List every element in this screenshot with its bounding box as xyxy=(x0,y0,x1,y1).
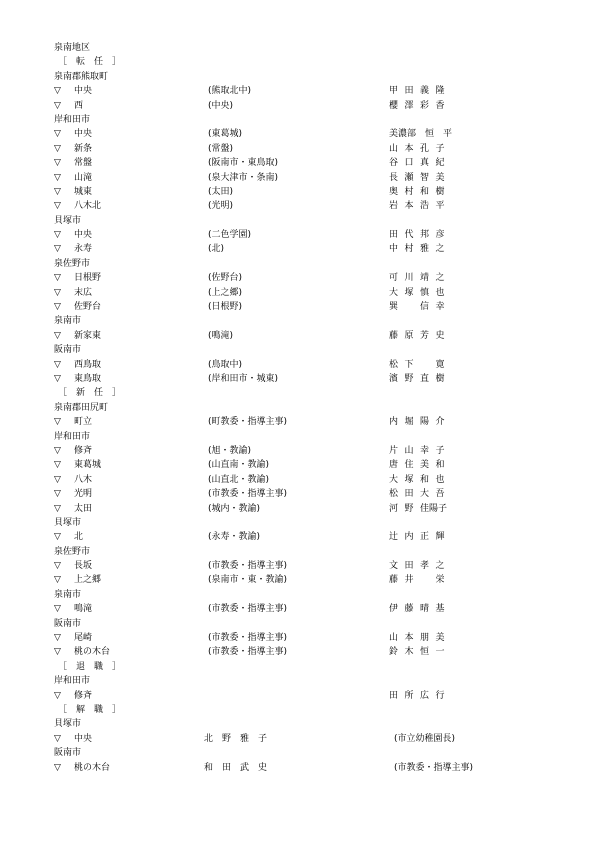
name-char xyxy=(420,573,436,587)
previous-post: (永寿・教諭) xyxy=(208,530,260,544)
name-char: 野 xyxy=(405,372,421,386)
name-char: 田 xyxy=(389,689,405,703)
name-char: 也 xyxy=(436,473,452,487)
name-char: 平 xyxy=(436,199,452,213)
name-char: 片 xyxy=(389,444,405,458)
name-char: 野 xyxy=(405,502,421,516)
name-char: 也 xyxy=(436,286,452,300)
school-name: 新家東 xyxy=(74,329,101,343)
person-name: 甲田義隆 xyxy=(389,84,451,98)
school-name: 東鳥取 xyxy=(74,372,101,386)
name-char: 真 xyxy=(420,156,436,170)
triangle-marker-icon: ▽ xyxy=(54,444,61,458)
name-char: 松 xyxy=(389,358,405,372)
person-name: 伊藤晴基 xyxy=(389,602,451,616)
triangle-marker-icon: ▽ xyxy=(54,142,61,156)
school-name: 城東 xyxy=(74,185,92,199)
name-char: 之 xyxy=(436,242,452,256)
name-char: 美 xyxy=(420,458,436,472)
name-char: 義 xyxy=(420,84,436,98)
name-char: 幸 xyxy=(420,444,436,458)
position-note: (市教委・指導主事) xyxy=(394,761,473,775)
triangle-marker-icon: ▽ xyxy=(54,199,61,213)
name-char: 和 xyxy=(420,473,436,487)
name-char: 松 xyxy=(389,487,405,501)
person-name: 松田大吾 xyxy=(389,487,451,501)
name-char: 塚 xyxy=(405,473,421,487)
name-char: 井 xyxy=(405,573,421,587)
area-name: 岸和田市 xyxy=(54,430,90,444)
person-name: 辻内正輝 xyxy=(389,530,451,544)
school-name: 山滝 xyxy=(74,171,92,185)
name-char: 河 xyxy=(389,502,405,516)
name-char: 所 xyxy=(405,689,421,703)
area-name: 貝塚市 xyxy=(54,717,81,731)
previous-post: (岸和田市・城東) xyxy=(208,372,278,386)
previous-post: (熊取北中) xyxy=(208,84,251,98)
name-characters: 中村雅之 xyxy=(389,242,451,256)
person-name: 巽信幸 xyxy=(389,300,451,314)
name-char: 之 xyxy=(436,559,452,573)
area-name: 阪南市 xyxy=(54,617,81,631)
school-name: 中央 xyxy=(74,228,92,242)
previous-post: (鳴滝) xyxy=(208,329,233,343)
previous-post: (山直北・教諭) xyxy=(208,473,269,487)
school-name: 東葛城 xyxy=(74,458,101,472)
school-name: 修斉 xyxy=(74,444,92,458)
name-characters: 長瀬智美 xyxy=(389,171,451,185)
school-name: 西鳥取 xyxy=(74,358,101,372)
school-name: 北 xyxy=(74,530,83,544)
previous-post: (中央) xyxy=(208,99,233,113)
area-name: 貝塚市 xyxy=(54,214,81,228)
person-name: 山本朋美 xyxy=(389,631,451,645)
name-characters: 奥村和樹 xyxy=(389,185,451,199)
previous-post: (城内・教諭) xyxy=(208,502,260,516)
triangle-marker-icon: ▽ xyxy=(54,156,61,170)
previous-post: (市教委・指導主事) xyxy=(208,559,287,573)
section-title: ［ 転 任 ］ xyxy=(58,55,121,69)
name-characters: 大塚慎也 xyxy=(389,286,451,300)
school-name: 新条 xyxy=(74,142,92,156)
name-char: 恒 xyxy=(420,645,436,659)
triangle-marker-icon: ▽ xyxy=(54,761,61,775)
name-char: 本 xyxy=(405,199,421,213)
person-name: 和 田 武 史 xyxy=(204,761,267,775)
name-char: 彩 xyxy=(420,99,436,113)
name-char: 芳 xyxy=(420,329,436,343)
district-title: 泉南地区 xyxy=(54,41,90,55)
person-name: 長瀬智美 xyxy=(389,171,451,185)
name-char: 田 xyxy=(389,228,405,242)
section-title: ［ 解 職 ］ xyxy=(58,703,121,717)
area-name: 泉南市 xyxy=(54,588,81,602)
school-name: 修斉 xyxy=(74,689,92,703)
name-characters: 山本孔子 xyxy=(389,142,451,156)
person-name: 藤原芳史 xyxy=(389,329,451,343)
name-characters: 田代邦彦 xyxy=(389,228,451,242)
triangle-marker-icon: ▽ xyxy=(54,415,61,429)
person-name: 内堀陽介 xyxy=(389,415,451,429)
name-char: 本 xyxy=(405,142,421,156)
area-name: 岸和田市 xyxy=(54,113,90,127)
person-name: 奥村和樹 xyxy=(389,185,451,199)
name-char: 谷 xyxy=(389,156,405,170)
name-char: 樹 xyxy=(436,372,452,386)
name-char: 大 xyxy=(389,473,405,487)
name-char: 邦 xyxy=(420,228,436,242)
name-char: 山 xyxy=(389,142,405,156)
position-note: (市立幼稚園長) xyxy=(394,732,455,746)
name-char: 孔 xyxy=(420,142,436,156)
name-char: 孝 xyxy=(420,559,436,573)
name-characters: 文田孝之 xyxy=(389,559,451,573)
name-char: 口 xyxy=(405,156,421,170)
name-char: 内 xyxy=(389,415,405,429)
area-name: 泉南郡田尻町 xyxy=(54,401,108,415)
triangle-marker-icon: ▽ xyxy=(54,631,61,645)
school-name: 中央 xyxy=(74,84,92,98)
name-char: 之 xyxy=(436,271,452,285)
previous-post: (市教委・指導主事) xyxy=(208,645,287,659)
name-char: 川 xyxy=(405,271,421,285)
name-characters: 唐住美和 xyxy=(389,458,451,472)
triangle-marker-icon: ▽ xyxy=(54,602,61,616)
previous-post: (東葛城) xyxy=(208,127,242,141)
name-characters: 松田大吾 xyxy=(389,487,451,501)
previous-post: (旭・教諭) xyxy=(208,444,251,458)
name-characters: 可川靖之 xyxy=(389,271,451,285)
previous-post: (市教委・指導主事) xyxy=(208,487,287,501)
school-name: 八木 xyxy=(74,473,92,487)
name-characters: 伊藤晴基 xyxy=(389,602,451,616)
previous-post: (二色学園) xyxy=(208,228,251,242)
triangle-marker-icon: ▽ xyxy=(54,559,61,573)
triangle-marker-icon: ▽ xyxy=(54,329,61,343)
name-characters: 松下寛 xyxy=(389,358,451,372)
person-name: 河野佳陽子 xyxy=(389,502,451,516)
school-name: 中央 xyxy=(74,732,92,746)
name-char: 岩 xyxy=(389,199,405,213)
person-name: 田代邦彦 xyxy=(389,228,451,242)
name-char: 香 xyxy=(436,99,452,113)
name-char: 村 xyxy=(405,242,421,256)
name-characters: 山本朋美 xyxy=(389,631,451,645)
name-char: 藤 xyxy=(405,602,421,616)
name-char: 美 xyxy=(436,171,452,185)
area-name: 泉佐野市 xyxy=(54,257,90,271)
name-char xyxy=(405,300,421,314)
name-char: 大 xyxy=(420,487,436,501)
name-char: 田 xyxy=(405,559,421,573)
name-char: 佳陽子 xyxy=(420,502,436,516)
name-characters: 濱野直樹 xyxy=(389,372,451,386)
name-char: 一 xyxy=(436,645,452,659)
name-char: 智 xyxy=(420,171,436,185)
name-char: 内 xyxy=(405,530,421,544)
name-char: 寛 xyxy=(436,358,452,372)
school-name: 鳴滝 xyxy=(74,602,92,616)
name-char: 朋 xyxy=(420,631,436,645)
name-char: 陽 xyxy=(420,415,436,429)
name-char: 靖 xyxy=(420,271,436,285)
person-name: 鈴木恒一 xyxy=(389,645,451,659)
triangle-marker-icon: ▽ xyxy=(54,84,61,98)
previous-post: (阪南市・東鳥取) xyxy=(208,156,278,170)
name-char: 櫻 xyxy=(389,99,405,113)
school-name: 常盤 xyxy=(74,156,92,170)
name-characters: 藤井栄 xyxy=(389,573,451,587)
school-name: 桃の木台 xyxy=(74,645,110,659)
name-char: 吾 xyxy=(436,487,452,501)
previous-post: (上之郷) xyxy=(208,286,242,300)
person-name: 濱野直樹 xyxy=(389,372,451,386)
name-char: 和 xyxy=(436,458,452,472)
name-char: 田 xyxy=(405,84,421,98)
person-name: 山本孔子 xyxy=(389,142,451,156)
name-characters: 櫻澤彩香 xyxy=(389,99,451,113)
triangle-marker-icon: ▽ xyxy=(54,689,61,703)
triangle-marker-icon: ▽ xyxy=(54,271,61,285)
previous-post: (市教委・指導主事) xyxy=(208,631,287,645)
triangle-marker-icon: ▽ xyxy=(54,502,61,516)
name-char: 辻 xyxy=(389,530,405,544)
name-char: 和 xyxy=(420,185,436,199)
name-char: 奥 xyxy=(389,185,405,199)
name-char: 住 xyxy=(405,458,421,472)
school-name: 中央 xyxy=(74,127,92,141)
name-char: 濱 xyxy=(389,372,405,386)
area-name: 泉南郡熊取町 xyxy=(54,70,108,84)
name-char: 木 xyxy=(405,645,421,659)
name-char: 浩 xyxy=(420,199,436,213)
name-char: 下 xyxy=(405,358,421,372)
previous-post: (町教委・指導主事) xyxy=(208,415,287,429)
area-name: 泉南市 xyxy=(54,314,81,328)
school-name: 桃の木台 xyxy=(74,761,110,775)
person-name: 大塚慎也 xyxy=(389,286,451,300)
name-char xyxy=(436,502,452,516)
name-char: 鈴 xyxy=(389,645,405,659)
school-name: 日根野 xyxy=(74,271,101,285)
previous-post: (鳥取中) xyxy=(208,358,242,372)
triangle-marker-icon: ▽ xyxy=(54,645,61,659)
section-title: ［ 新 任 ］ xyxy=(58,386,121,400)
name-char: 慎 xyxy=(420,286,436,300)
person-name: 藤井栄 xyxy=(389,573,451,587)
school-name: 西 xyxy=(74,99,83,113)
name-characters: 巽信幸 xyxy=(389,300,451,314)
triangle-marker-icon: ▽ xyxy=(54,372,61,386)
name-char: 史 xyxy=(436,329,452,343)
name-characters: 内堀陽介 xyxy=(389,415,451,429)
name-char: 栄 xyxy=(436,573,452,587)
section-title: ［ 退 職 ］ xyxy=(58,660,121,674)
triangle-marker-icon: ▽ xyxy=(54,242,61,256)
previous-post: (日根野) xyxy=(208,300,242,314)
previous-post: (泉大津市・条南) xyxy=(208,171,278,185)
name-char: 巽 xyxy=(389,300,405,314)
name-char: 山 xyxy=(405,444,421,458)
triangle-marker-icon: ▽ xyxy=(54,185,61,199)
name-characters: 片山幸子 xyxy=(389,444,451,458)
name-char: 文 xyxy=(389,559,405,573)
name-char: 藤 xyxy=(389,329,405,343)
name-char: 代 xyxy=(405,228,421,242)
school-name: 町立 xyxy=(74,415,92,429)
triangle-marker-icon: ▽ xyxy=(54,530,61,544)
name-char: 紀 xyxy=(436,156,452,170)
area-name: 阪南市 xyxy=(54,746,81,760)
area-name: 貝塚市 xyxy=(54,516,81,530)
name-char: 堀 xyxy=(405,415,421,429)
triangle-marker-icon: ▽ xyxy=(54,300,61,314)
area-name: 泉佐野市 xyxy=(54,545,90,559)
name-char: 藤 xyxy=(389,573,405,587)
name-char: 雅 xyxy=(420,242,436,256)
name-characters: 藤原芳史 xyxy=(389,329,451,343)
person-name: 中村雅之 xyxy=(389,242,451,256)
triangle-marker-icon: ▽ xyxy=(54,732,61,746)
school-name: 上之郷 xyxy=(74,573,101,587)
name-characters: 岩本浩平 xyxy=(389,199,451,213)
triangle-marker-icon: ▽ xyxy=(54,127,61,141)
triangle-marker-icon: ▽ xyxy=(54,286,61,300)
previous-post: (佐野台) xyxy=(208,271,242,285)
name-char: 田 xyxy=(405,487,421,501)
triangle-marker-icon: ▽ xyxy=(54,458,61,472)
name-char: 原 xyxy=(405,329,421,343)
name-char: 村 xyxy=(405,185,421,199)
school-name: 長坂 xyxy=(74,559,92,573)
name-characters: 甲田義隆 xyxy=(389,84,451,98)
triangle-marker-icon: ▽ xyxy=(54,99,61,113)
name-char: 子 xyxy=(436,142,452,156)
triangle-marker-icon: ▽ xyxy=(54,573,61,587)
person-name: 唐住美和 xyxy=(389,458,451,472)
person-name: 片山幸子 xyxy=(389,444,451,458)
previous-post: (常盤) xyxy=(208,142,233,156)
name-char: 瀬 xyxy=(405,171,421,185)
name-char: 直 xyxy=(420,372,436,386)
person-name: 櫻澤彩香 xyxy=(389,99,451,113)
triangle-marker-icon: ▽ xyxy=(54,358,61,372)
person-name: 文田孝之 xyxy=(389,559,451,573)
name-char: 中 xyxy=(389,242,405,256)
school-name: 光明 xyxy=(74,487,92,501)
previous-post: (太田) xyxy=(208,185,233,199)
name-char: 大 xyxy=(389,286,405,300)
person-name: 北 野 雅 子 xyxy=(204,732,267,746)
name-char: 唐 xyxy=(389,458,405,472)
previous-post: (光明) xyxy=(208,199,233,213)
name-char: 信 xyxy=(420,300,436,314)
triangle-marker-icon: ▽ xyxy=(54,171,61,185)
name-characters: 河野佳陽子 xyxy=(389,502,451,516)
person-name: 大塚和也 xyxy=(389,473,451,487)
name-char: 塚 xyxy=(405,286,421,300)
name-char: 介 xyxy=(436,415,452,429)
name-char: 本 xyxy=(405,631,421,645)
person-name: 可川靖之 xyxy=(389,271,451,285)
name-char: 基 xyxy=(436,602,452,616)
triangle-marker-icon: ▽ xyxy=(54,487,61,501)
previous-post: (山直南・教諭) xyxy=(208,458,269,472)
previous-post: (泉南市・東・教諭) xyxy=(208,573,287,587)
school-name: 佐野台 xyxy=(74,300,101,314)
school-name: 末広 xyxy=(74,286,92,300)
name-char: 輝 xyxy=(436,530,452,544)
name-characters: 大塚和也 xyxy=(389,473,451,487)
name-characters: 田所広行 xyxy=(389,689,451,703)
name-char: 子 xyxy=(436,444,452,458)
person-name: 美濃部 恒 平 xyxy=(389,127,452,141)
name-char: 広 xyxy=(420,689,436,703)
name-char: 樹 xyxy=(436,185,452,199)
area-name: 岸和田市 xyxy=(54,674,90,688)
name-char: 伊 xyxy=(389,602,405,616)
area-name: 阪南市 xyxy=(54,343,81,357)
person-name: 岩本浩平 xyxy=(389,199,451,213)
triangle-marker-icon: ▽ xyxy=(54,473,61,487)
name-char: 甲 xyxy=(389,84,405,98)
name-char: 長 xyxy=(389,171,405,185)
triangle-marker-icon: ▽ xyxy=(54,228,61,242)
previous-post: (市教委・指導主事) xyxy=(208,602,287,616)
person-name: 田所広行 xyxy=(389,689,451,703)
person-name: 谷口真紀 xyxy=(389,156,451,170)
name-char: 可 xyxy=(389,271,405,285)
name-char: 行 xyxy=(436,689,452,703)
school-name: 尾崎 xyxy=(74,631,92,645)
school-name: 永寿 xyxy=(74,242,92,256)
name-char: 幸 xyxy=(436,300,452,314)
school-name: 八木北 xyxy=(74,199,101,213)
previous-post: (北) xyxy=(208,242,224,256)
name-char: 隆 xyxy=(436,84,452,98)
person-name: 松下寛 xyxy=(389,358,451,372)
name-characters: 辻内正輝 xyxy=(389,530,451,544)
name-char xyxy=(420,358,436,372)
name-char: 正 xyxy=(420,530,436,544)
name-char: 美 xyxy=(436,631,452,645)
name-char: 澤 xyxy=(405,99,421,113)
name-char: 彦 xyxy=(436,228,452,242)
school-name: 太田 xyxy=(74,502,92,516)
name-char: 晴 xyxy=(420,602,436,616)
name-characters: 鈴木恒一 xyxy=(389,645,451,659)
name-characters: 谷口真紀 xyxy=(389,156,451,170)
name-char: 山 xyxy=(389,631,405,645)
